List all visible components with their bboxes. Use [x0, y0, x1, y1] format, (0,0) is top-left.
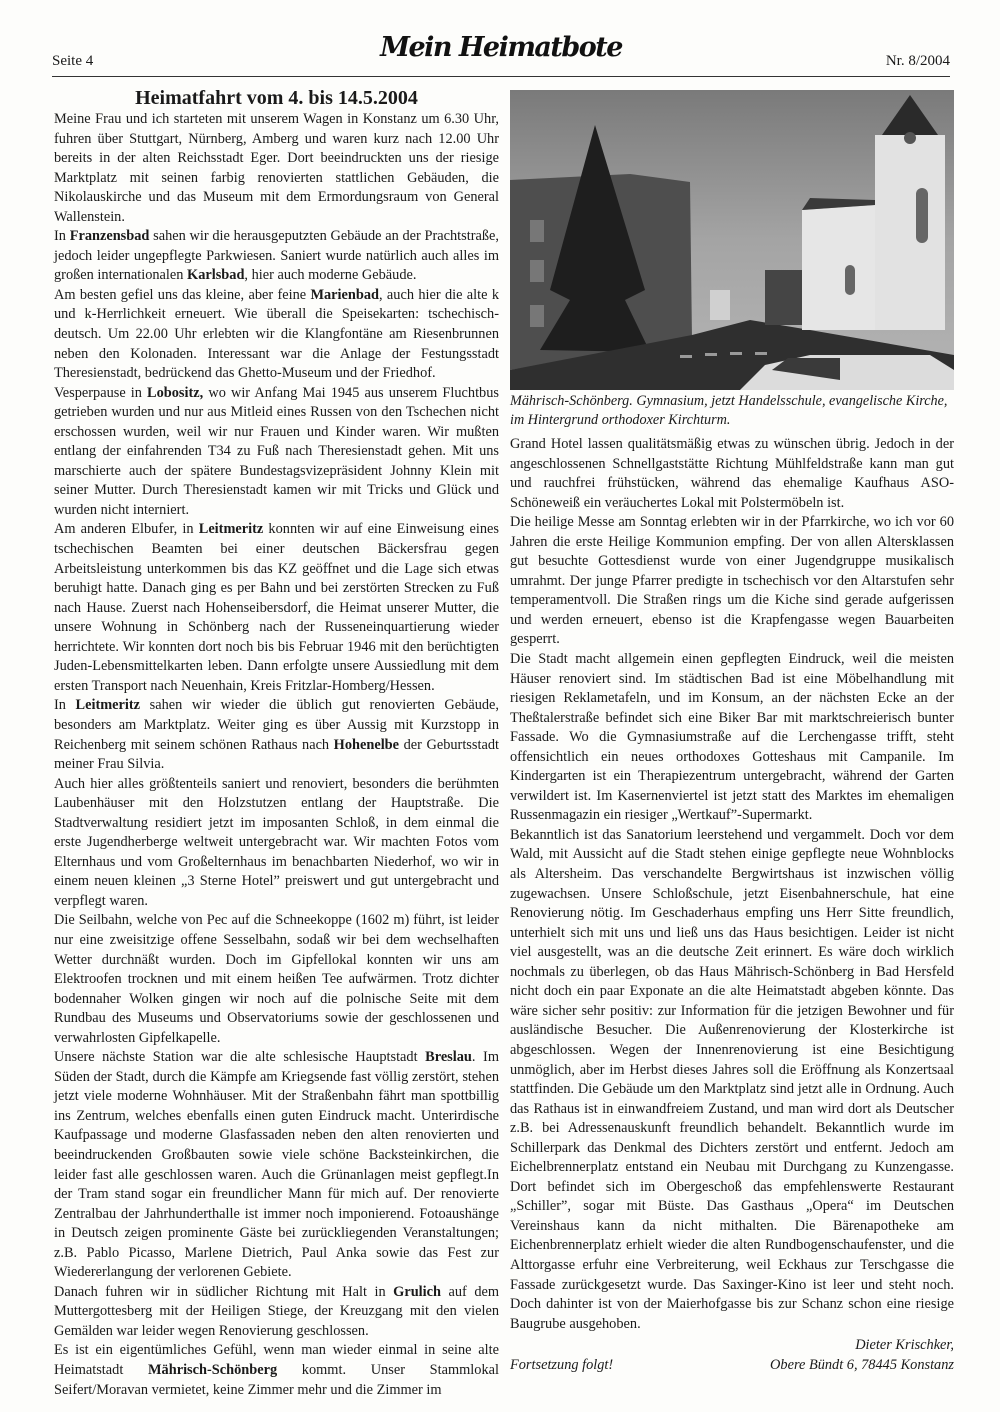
- paragraph: Auch hier alles größtenteils saniert und…: [54, 775, 499, 912]
- article-title: Heimatfahrt vom 4. bis 14.5.2004: [54, 86, 499, 110]
- paragraph: Danach fuhren wir in südlicher Richtung …: [54, 1283, 499, 1342]
- continued-notice: Fortsetzung folgt!: [510, 1356, 613, 1376]
- article-body-right: Grand Hotel lassen qualitätsmäßig etwas …: [510, 435, 954, 1334]
- paragraph: Bekanntlich ist das Sanatorium leerstehe…: [510, 826, 954, 1334]
- newspaper-masthead: Mein Heimatbote: [380, 32, 622, 63]
- paragraph: Grand Hotel lassen qualitätsmäßig etwas …: [510, 435, 954, 513]
- author-name: Dieter Krischker,: [855, 1336, 954, 1356]
- street-scene-image: [510, 90, 954, 390]
- paragraph: Die Stadt macht allgemein einen gepflegt…: [510, 650, 954, 826]
- place-name: Franzensbad: [70, 228, 150, 244]
- place-name: Lobositz,: [147, 385, 203, 401]
- street-photo: [510, 90, 954, 390]
- place-name: Karlsbad: [187, 267, 244, 283]
- article-left-column: Heimatfahrt vom 4. bis 14.5.2004 Meine F…: [54, 86, 499, 1400]
- signature-block: Dieter Krischker,: [510, 1336, 954, 1356]
- place-name: Hohenelbe: [334, 737, 399, 753]
- place-name: Leitmeritz: [76, 697, 141, 713]
- issue-number: Nr. 8/2004: [886, 53, 950, 70]
- paragraph: Vesperpause in Lobositz, wo wir Anfang M…: [54, 384, 499, 521]
- place-name: Mährisch-Schönberg: [148, 1362, 277, 1378]
- place-name: Leitmeritz: [199, 521, 264, 537]
- paragraph: Die Seilbahn, welche von Pec auf die Sch…: [54, 911, 499, 1048]
- signature-block-bottom: Fortsetzung folgt! Obere Bündt 6, 78445 …: [510, 1356, 954, 1376]
- photo-caption: Mährisch-Schönberg. Gymnasium, jetzt Han…: [510, 392, 954, 430]
- place-name: Marienbad: [310, 287, 379, 303]
- paragraph: Am anderen Elbufer, in Leitmeritz konnte…: [54, 520, 499, 696]
- paragraph: Die heilige Messe am Sonntag erlebten wi…: [510, 513, 954, 650]
- paragraph: In Leitmeritz sahen wir wieder die üblic…: [54, 696, 499, 774]
- paragraph: Es ist ein eigentümliches Gefühl, wenn m…: [54, 1341, 499, 1400]
- page-header: Seite 4 Mein Heimatbote Nr. 8/2004: [52, 38, 950, 77]
- article-body-left: Meine Frau und ich starteten mit unserem…: [54, 110, 499, 1400]
- place-name: Breslau: [425, 1049, 472, 1065]
- page-number: Seite 4: [52, 53, 93, 70]
- paragraph: In Franzensbad sahen wir die herausgeput…: [54, 227, 499, 286]
- paragraph: Meine Frau und ich starteten mit unserem…: [54, 110, 499, 227]
- paragraph: Unsere nächste Station war die alte schl…: [54, 1048, 499, 1283]
- place-name: Grulich: [393, 1284, 441, 1300]
- author-address: Obere Bündt 6, 78445 Konstanz: [770, 1356, 954, 1376]
- article-right-column: Mährisch-Schönberg. Gymnasium, jetzt Han…: [510, 86, 954, 1375]
- paragraph: Am besten gefiel uns das kleine, aber fe…: [54, 286, 499, 384]
